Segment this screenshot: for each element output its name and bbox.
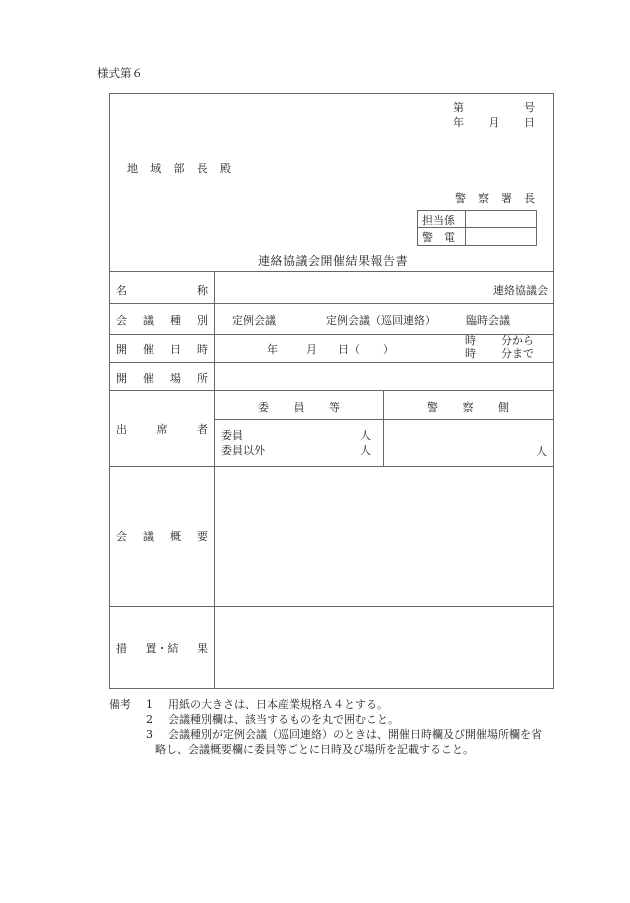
label-char: 要 bbox=[197, 528, 208, 544]
label-char: 催 bbox=[143, 341, 154, 357]
date-day: 日 bbox=[524, 114, 535, 130]
type-option-regular-patrol[interactable]: 定例会議（巡回連絡） bbox=[326, 312, 436, 328]
header-char: 員 bbox=[294, 399, 305, 415]
column-divider bbox=[383, 390, 384, 466]
label-char: 置・結 bbox=[146, 640, 179, 656]
sender-char: 察 bbox=[478, 190, 489, 206]
addressee-char: 長 bbox=[197, 160, 208, 176]
contact-staff-field[interactable] bbox=[466, 211, 536, 227]
label-char: 開 bbox=[116, 370, 127, 386]
note-number: 1 bbox=[146, 697, 168, 712]
row-divider bbox=[109, 466, 553, 467]
place-field[interactable] bbox=[216, 363, 552, 389]
label-char: 会 bbox=[116, 312, 127, 328]
label-char: 所 bbox=[197, 370, 208, 386]
number-prefix: 第 bbox=[453, 99, 464, 115]
members-count[interactable]: 委員人 委員以外人 bbox=[221, 428, 371, 458]
members-unit: 人 bbox=[360, 428, 371, 443]
note-number: 2 bbox=[146, 712, 168, 727]
header-char: 側 bbox=[498, 399, 509, 415]
notes-heading: 備考 bbox=[109, 697, 146, 712]
form-id: 様式第６ bbox=[97, 65, 143, 81]
date-year: 年 bbox=[453, 114, 464, 130]
header-char: 警 bbox=[427, 399, 438, 415]
addressee-char: 域 bbox=[150, 160, 161, 176]
police-count-unit[interactable]: 人 bbox=[536, 443, 547, 459]
attendees-label: 出 席 者 bbox=[116, 421, 208, 437]
sender-char: 長 bbox=[524, 190, 535, 206]
label-char: 名 bbox=[116, 282, 127, 298]
name-label: 名 称 bbox=[116, 282, 208, 298]
row-divider bbox=[109, 606, 553, 607]
addressee-char: 部 bbox=[174, 160, 185, 176]
time-range[interactable]: 時分から 時分まで bbox=[465, 334, 534, 360]
contact-label: 担当係 bbox=[422, 212, 462, 228]
label-char: 出 bbox=[116, 421, 127, 437]
members-header: 委 員 等 bbox=[258, 399, 340, 415]
note-continuation: 略し、会議概要欄に委員等ごとに日時及び場所を記載すること。 bbox=[155, 742, 474, 757]
non-members-unit: 人 bbox=[360, 443, 371, 458]
addressee: 地 域 部 長 殿 bbox=[127, 160, 231, 176]
note-text: 会議種別が定例会議（巡回連絡）のときは、開催日時欄及び開催場所欄を省 bbox=[168, 727, 542, 742]
date-month: 月 bbox=[489, 114, 500, 130]
label-char: 日 bbox=[170, 341, 181, 357]
label-char: 者 bbox=[197, 421, 208, 437]
row-divider bbox=[109, 390, 553, 391]
label-char: 果 bbox=[197, 640, 208, 656]
row-divider bbox=[109, 271, 553, 272]
non-members-label: 委員以外 bbox=[221, 443, 265, 458]
time-from-minute: 分から bbox=[501, 334, 534, 347]
column-divider bbox=[214, 271, 215, 688]
contact-box: 担当係 警 電 bbox=[417, 210, 537, 246]
document-date: 年 月 日 bbox=[453, 114, 535, 130]
number-suffix: 号 bbox=[524, 99, 535, 115]
time-to-minute: 分まで bbox=[501, 347, 534, 360]
label-char: 措 bbox=[116, 640, 127, 656]
label-char: 席 bbox=[157, 421, 168, 437]
document-number: 第 号 bbox=[453, 99, 535, 115]
sender-char: 警 bbox=[455, 190, 466, 206]
date-day[interactable]: 日（ bbox=[338, 341, 360, 357]
report-title: 連絡協議会開催結果報告書 bbox=[258, 252, 408, 269]
label-char: 場 bbox=[170, 370, 181, 386]
label-char: 時 bbox=[197, 341, 208, 357]
time-from-hour: 時 bbox=[465, 334, 501, 347]
meeting-type-label: 会 議 種 別 bbox=[116, 312, 208, 328]
time-to-hour: 時 bbox=[465, 347, 501, 360]
date-weekday-close: ） bbox=[383, 341, 394, 357]
label-char: 議 bbox=[143, 312, 154, 328]
sender-char: 署 bbox=[501, 190, 512, 206]
addressee-char: 地 bbox=[127, 160, 138, 176]
datetime-label: 開 催 日 時 bbox=[116, 341, 208, 357]
date-month[interactable]: 月 bbox=[306, 341, 317, 357]
label-char: 催 bbox=[143, 370, 154, 386]
note-text: 用紙の大きさは、日本産業規格Ａ４とする。 bbox=[168, 697, 388, 712]
header-char: 察 bbox=[463, 399, 474, 415]
contact-phone-field[interactable] bbox=[466, 228, 536, 245]
result-field[interactable] bbox=[216, 608, 552, 687]
result-label: 措 置・結 果 bbox=[116, 640, 208, 656]
label-char: 会 bbox=[116, 528, 127, 544]
summary-label: 会 議 概 要 bbox=[116, 528, 208, 544]
label-char: 開 bbox=[116, 341, 127, 357]
name-value[interactable]: 連絡協議会 bbox=[493, 282, 548, 298]
summary-field[interactable] bbox=[216, 468, 552, 605]
place-label: 開 催 場 所 bbox=[116, 370, 208, 386]
label-char: 種 bbox=[170, 312, 181, 328]
label-char: 概 bbox=[170, 528, 181, 544]
sender: 警 察 署 長 bbox=[455, 190, 535, 206]
contact-label: 警 電 bbox=[422, 229, 462, 245]
label-char: 称 bbox=[197, 282, 208, 298]
police-header: 警 察 側 bbox=[427, 399, 509, 415]
note-number: 3 bbox=[146, 727, 168, 742]
label-char: 別 bbox=[197, 312, 208, 328]
row-divider bbox=[109, 303, 553, 304]
notes: 備考1用紙の大きさは、日本産業規格Ａ４とする。 2会議種別欄は、該当するものを丸… bbox=[109, 697, 542, 757]
type-option-extraordinary[interactable]: 臨時会議 bbox=[466, 312, 510, 328]
label-char: 議 bbox=[143, 528, 154, 544]
header-char: 等 bbox=[329, 399, 340, 415]
type-option-regular[interactable]: 定例会議 bbox=[232, 312, 276, 328]
members-label: 委員 bbox=[221, 428, 243, 443]
date-year[interactable]: 年 bbox=[267, 341, 278, 357]
addressee-char: 殿 bbox=[220, 160, 231, 176]
note-text: 会議種別欄は、該当するものを丸で囲むこと。 bbox=[168, 712, 399, 727]
header-char: 委 bbox=[258, 399, 269, 415]
